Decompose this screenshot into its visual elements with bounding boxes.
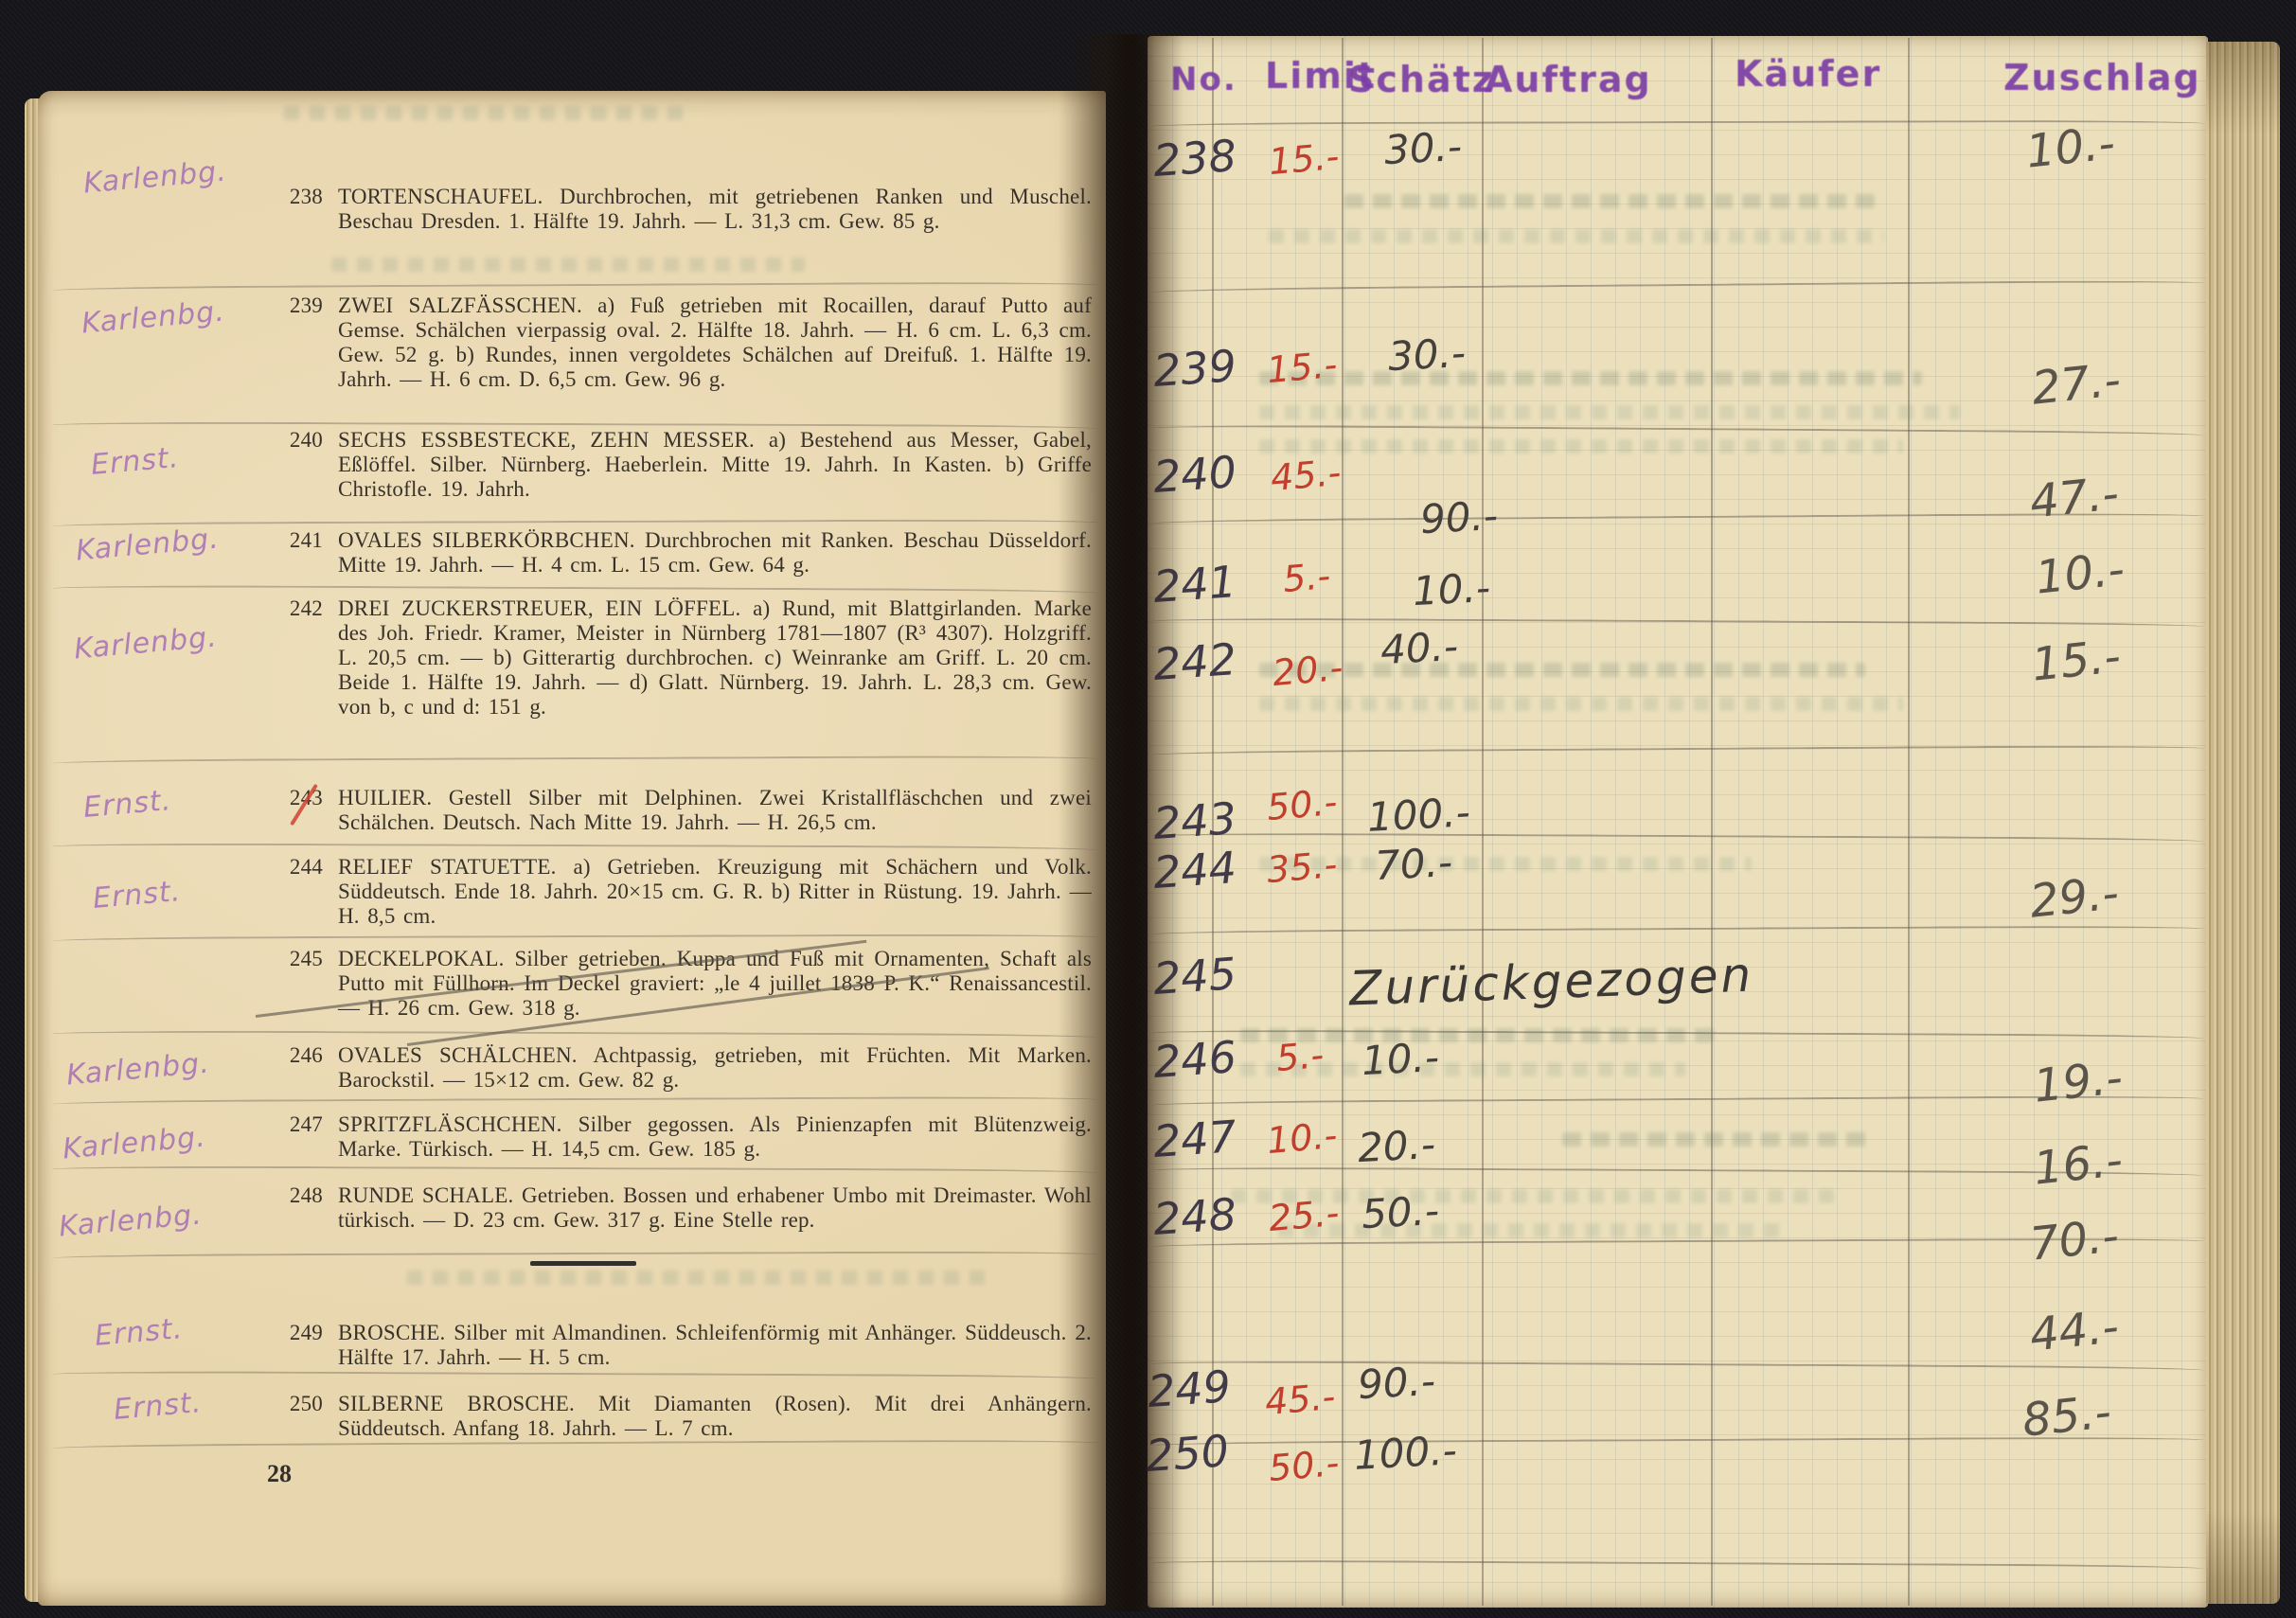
page-stack-edge bbox=[2206, 42, 2280, 1604]
ledger-limit: 20.- bbox=[1271, 647, 1344, 694]
lot-description: HUILIER. Gestell Silber mit Delphinen. Z… bbox=[338, 786, 1092, 835]
ledger-hammer-price: 29.- bbox=[2027, 866, 2121, 928]
bleed-through-text bbox=[1269, 229, 1884, 243]
lot-description: SILBERNE BROSCHE. Mit Diamanten (Rosen).… bbox=[338, 1392, 1092, 1441]
ledger-limit: 10.- bbox=[1265, 1114, 1339, 1162]
ledger-estimate: 40.- bbox=[1379, 623, 1459, 673]
page-number: 28 bbox=[267, 1460, 292, 1488]
ledger-estimate: 100.- bbox=[1366, 789, 1471, 841]
ledger-lot-number: 240 bbox=[1151, 446, 1237, 503]
ledger-hammer-price: 47.- bbox=[2027, 467, 2121, 528]
column-header-no: No. bbox=[1170, 61, 1237, 98]
ledger-estimate: 90.- bbox=[1419, 492, 1499, 542]
lot-description: OVALES SILBERKÖRBCHEN. Durchbrochen mit … bbox=[338, 528, 1092, 578]
column-header-kaeufer: Käufer bbox=[1735, 53, 1881, 95]
lot-description: DREI ZUCKERSTREUER, EIN LÖFFEL. a) Rund,… bbox=[338, 596, 1092, 720]
ledger-limit: 5.- bbox=[1281, 555, 1332, 600]
bleed-through-text bbox=[1259, 439, 1903, 453]
column-rule bbox=[1342, 38, 1344, 1606]
ledger-lot-number: 250 bbox=[1144, 1425, 1230, 1482]
bleed-through-text bbox=[1259, 663, 1865, 677]
ledger-estimate: 30.- bbox=[1387, 329, 1467, 380]
catalog-entry: 247 SPRITZFLÄSCHCHEN. Silber gegossen. A… bbox=[270, 1112, 1092, 1162]
catalog-entry: 242 DREI ZUCKERSTREUER, EIN LÖFFEL. a) R… bbox=[270, 596, 1092, 720]
ledger-hammer-price: 15.- bbox=[2029, 630, 2123, 691]
lot-description: RELIEF STATUETTE. a) Getrieben. Kreuzigu… bbox=[338, 855, 1092, 929]
ledger-hammer-price: 10.- bbox=[2023, 116, 2117, 178]
lot-number: 248 bbox=[270, 1183, 323, 1233]
ledger-hammer-price: 44.- bbox=[2027, 1300, 2121, 1361]
bleed-through-text bbox=[1259, 405, 1960, 419]
lot-description: ZWEI SALZFÄSSCHEN. a) Fuß getrieben mit … bbox=[338, 293, 1092, 392]
catalog-entry: 248 RUNDE SCHALE. Getrieben. Bossen und … bbox=[270, 1183, 1092, 1233]
ledger-limit: 35.- bbox=[1265, 844, 1339, 891]
catalog-entry: 239 ZWEI SALZFÄSSCHEN. a) Fuß getrieben … bbox=[270, 293, 1092, 392]
catalog-entry: 250 SILBERNE BROSCHE. Mit Diamanten (Ros… bbox=[270, 1392, 1092, 1441]
ledger-estimate: 10.- bbox=[1412, 564, 1491, 614]
lot-number: 249 bbox=[270, 1321, 323, 1370]
ledger-lot-number: 247 bbox=[1151, 1111, 1237, 1167]
ledger-estimate: 20.- bbox=[1357, 1121, 1436, 1171]
catalog-entry: 243 HUILIER. Gestell Silber mit Delphine… bbox=[270, 786, 1092, 835]
bleed-through-text bbox=[1278, 1223, 1789, 1237]
ledger-limit: 45.- bbox=[1269, 452, 1343, 499]
lot-number: 242 bbox=[270, 596, 323, 720]
ledger-limit: 50.- bbox=[1265, 781, 1339, 828]
lot-description: SPRITZFLÄSCHCHEN. Silber gegossen. Als P… bbox=[338, 1112, 1092, 1162]
ledger-lot-number: 243 bbox=[1151, 792, 1237, 849]
ledger-limit: 50.- bbox=[1267, 1442, 1341, 1489]
lot-number: 244 bbox=[270, 855, 323, 929]
bleed-through-text bbox=[407, 1271, 994, 1285]
bleed-through-text bbox=[1562, 1132, 1875, 1147]
lot-description: RUNDE SCHALE. Getrieben. Bossen und erha… bbox=[338, 1183, 1092, 1233]
ledger-estimate: 10.- bbox=[1361, 1034, 1440, 1084]
ledger-hammer-price: 85.- bbox=[2020, 1385, 2113, 1447]
column-header-auftrag: Auftrag bbox=[1485, 59, 1652, 100]
catalog-entry: 240 SECHS ESSBESTECKE, ZEHN MESSER. a) B… bbox=[270, 428, 1092, 502]
ledger-lot-number: 245 bbox=[1151, 948, 1237, 1005]
ledger-lot-number: 238 bbox=[1151, 130, 1237, 187]
column-header-schaetz: Schätz bbox=[1348, 59, 1495, 100]
ledger-hammer-price: 27.- bbox=[2029, 353, 2123, 415]
bleed-through-text bbox=[284, 106, 691, 120]
ledger-estimate: 100.- bbox=[1353, 1427, 1458, 1479]
ledger-limit: 5.- bbox=[1274, 1034, 1326, 1079]
column-rule bbox=[1482, 38, 1484, 1606]
ledger-limit: 45.- bbox=[1263, 1376, 1337, 1423]
ledger-lot-number: 244 bbox=[1151, 842, 1237, 898]
ledger-lot-number: 242 bbox=[1151, 633, 1237, 690]
lot-number: 241 bbox=[270, 528, 323, 578]
ledger-lot-number: 239 bbox=[1151, 340, 1237, 397]
lot-description: TORTENSCHAUFEL. Durchbrochen, mit getrie… bbox=[338, 185, 1092, 234]
ledger-limit: 15.- bbox=[1265, 344, 1339, 391]
lot-number: 250 bbox=[270, 1392, 323, 1441]
lot-number: 239 bbox=[270, 293, 323, 392]
ledger-hammer-price: 16.- bbox=[2031, 1133, 2125, 1195]
lot-description: BROSCHE. Silber mit Almandinen. Schleife… bbox=[338, 1321, 1092, 1370]
bleed-through-text bbox=[1344, 194, 1875, 208]
lot-number: 247 bbox=[270, 1112, 323, 1162]
lot-number: 240 bbox=[270, 428, 323, 502]
catalog-entry: 246 OVALES SCHÄLCHEN. Achtpassig, getrie… bbox=[270, 1043, 1092, 1093]
ledger-hammer-price: 10.- bbox=[2033, 542, 2127, 604]
lot-description: OVALES SCHÄLCHEN. Achtpassig, getrieben,… bbox=[338, 1043, 1092, 1093]
lot-description: SECHS ESSBESTECKE, ZEHN MESSER. a) Beste… bbox=[338, 428, 1092, 502]
catalog-entry: 244 RELIEF STATUETTE. a) Getrieben. Kreu… bbox=[270, 855, 1092, 929]
ledger-lot-number: 249 bbox=[1146, 1360, 1232, 1417]
ledger-estimate: 50.- bbox=[1361, 1187, 1440, 1237]
lot-number: 246 bbox=[270, 1043, 323, 1093]
ledger-limit: 25.- bbox=[1267, 1192, 1341, 1239]
section-divider bbox=[530, 1261, 636, 1266]
catalog-entry: 238 TORTENSCHAUFEL. Durchbrochen, mit ge… bbox=[270, 185, 1092, 234]
ledger-hammer-price: 70.- bbox=[2027, 1209, 2121, 1271]
column-header-zuschlag: Zuschlag bbox=[2003, 57, 2201, 98]
ledger-lot-number: 248 bbox=[1151, 1188, 1237, 1245]
bleed-through-text bbox=[1259, 371, 1922, 385]
bleed-through-text bbox=[331, 258, 805, 272]
ledger-estimate: 70.- bbox=[1374, 839, 1453, 889]
lot-number: 238 bbox=[270, 185, 323, 234]
auction-catalog-photo: { "left_page": { "page_number": "28", "e… bbox=[0, 0, 2296, 1618]
ledger-limit: 15.- bbox=[1267, 135, 1341, 183]
ledger-lot-number: 241 bbox=[1151, 556, 1237, 613]
ledger-lot-number: 246 bbox=[1151, 1031, 1237, 1088]
bleed-through-text bbox=[1259, 697, 1903, 711]
ledger-estimate: 90.- bbox=[1357, 1358, 1436, 1408]
catalog-entry: 241 OVALES SILBERKÖRBCHEN. Durchbrochen … bbox=[270, 528, 1092, 578]
ledger-hammer-price: 19.- bbox=[2031, 1051, 2125, 1112]
ledger-estimate: 30.- bbox=[1383, 123, 1463, 173]
catalog-entry: 249 BROSCHE. Silber mit Almandinen. Schl… bbox=[270, 1321, 1092, 1370]
lot-number: 243 bbox=[270, 786, 323, 835]
